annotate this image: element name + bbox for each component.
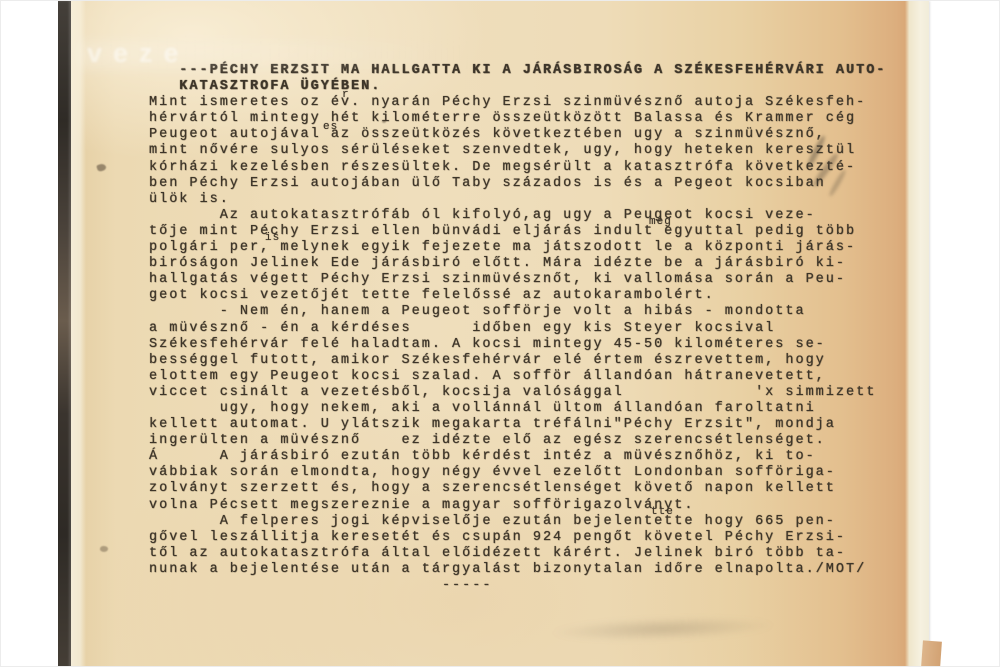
typewritten-line: kellett automat. U ylátszik megakarta tr… bbox=[149, 417, 886, 433]
typewritten-line: biróságon Jelinek Ede járásbiró előtt. M… bbox=[149, 256, 886, 272]
typewritten-line: kórházi kezelésben részesültek. De megsé… bbox=[149, 160, 886, 176]
typewritten-line: hallgatás végett Péchy Erzsi szinmüvészn… bbox=[149, 272, 886, 288]
typewritten-line: Az autokatasztrófáb ól kifolyó,ag ugy a … bbox=[149, 208, 886, 224]
typewritten-line: zolványt szerzett és, hogy a szerencsétl… bbox=[149, 481, 886, 497]
text-block: ---PÉCHY ERZSIT MA HALLGATTA KI A JÁRÁSB… bbox=[149, 63, 886, 594]
typewritten-line: hérvártól mintegy hét kilométerre összeü… bbox=[149, 111, 886, 127]
typewritten-line: Á A járásbiró ezután több kérdést intéz … bbox=[149, 449, 886, 465]
typewritten-line: ----- bbox=[149, 578, 886, 594]
typewritten-line: KATASZTROFA ÜGYÉBEN. bbox=[149, 79, 886, 95]
typewritten-line: ingerülten a müvésznő ez idézte elő az e… bbox=[149, 433, 886, 449]
typewritten-line: ülök is. bbox=[149, 192, 886, 208]
underlying-sheet-corner bbox=[921, 640, 942, 667]
typewritten-line: ugy, hogy nekem, aki a vollánnál ültom á… bbox=[149, 401, 886, 417]
typewritten-line: ---PÉCHY ERZSIT MA HALLGATTA KI A JÁRÁSB… bbox=[149, 63, 886, 79]
typewritten-line: A felperes jogi képviselője ezután bejel… bbox=[149, 514, 886, 530]
typewritten-line: polgári per, melynek egyik fejezete ma j… bbox=[149, 240, 886, 256]
typewritten-line: Peugeot autojával az összeütközés követk… bbox=[149, 127, 886, 143]
typewritten-line: a müvésznő - én a kérdéses időben egy ki… bbox=[149, 321, 886, 337]
typewritten-line: viccet csinált a vezetésből, kocsija val… bbox=[149, 385, 886, 401]
typewritten-line: vábbiak során elmondta, hogy négy évvel … bbox=[149, 465, 886, 481]
typewritten-line: mint nővére sulyos sérüléseket szenvedte… bbox=[149, 143, 886, 159]
typewritten-line: Mint ismeretes oz év. nyarán Péchy Erzsi… bbox=[149, 95, 886, 111]
typewritten-line: nunak a bejelentése után a tárgyalást bi… bbox=[149, 562, 886, 578]
typewritten-line: elottem egy Peugeot kocsi szalad. A soff… bbox=[149, 369, 886, 385]
scanned-document-viewport: veze ---PÉCHY ERZSIT MA HALLGATTA KI A J… bbox=[0, 0, 1000, 667]
typewritten-line: Székesfehérvár felé haladtam. A kocsi mi… bbox=[149, 337, 886, 353]
typewritten-line: től az autokatasztrófa által előidézett … bbox=[149, 546, 886, 562]
typewritten-line: volna Pécsett megszereznie a magyar soff… bbox=[149, 498, 886, 514]
typewritten-line: bességgel futott, amikor Székesfehérvár … bbox=[149, 353, 886, 369]
typewritten-line: - Nem én, hanem a Peugeot sofförje volt … bbox=[149, 304, 886, 320]
typewritten-line: ben Péchy Erzsi autojában ülő Taby száza… bbox=[149, 176, 886, 192]
scan-gutter-shadow bbox=[58, 1, 71, 667]
paper-speck bbox=[382, 120, 386, 123]
typewritten-line: tője mint Péchy Erzsi ellen bünvádi eljá… bbox=[149, 224, 886, 240]
typewritten-line: gővel leszállitja keresetét és csupán 92… bbox=[149, 530, 886, 546]
typewritten-line: geot kocsi vezetőjét tette felelőssé az … bbox=[149, 288, 886, 304]
